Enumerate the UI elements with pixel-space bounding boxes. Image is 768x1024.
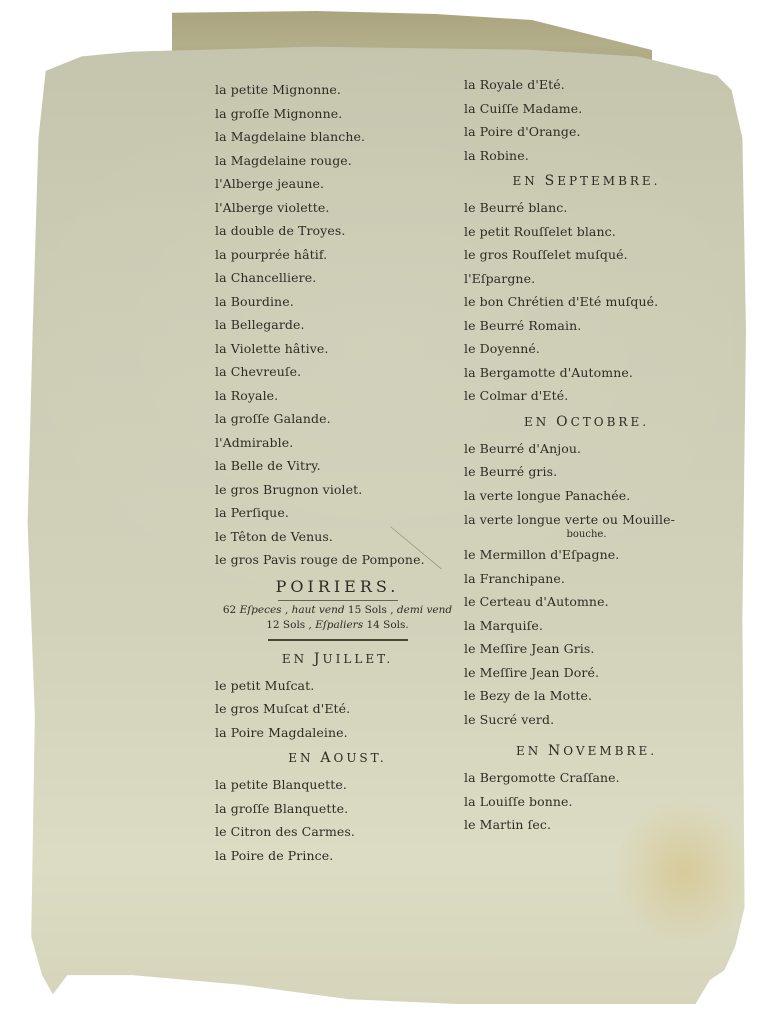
list-item: la verte longue verte ou Mouille- [464, 507, 709, 529]
list-item: la verte longue Panachée. [464, 484, 709, 508]
month-heading: EN JUILLET. [215, 647, 460, 672]
list-item: le Têton de Venus. [215, 525, 460, 549]
list-item: la Magdelaine rouge. [215, 149, 460, 173]
list-item: la Cuiſſe Madame. [464, 97, 709, 121]
section-title: POIRIERS. [215, 576, 460, 598]
list-item: la Royale d'Eté. [464, 73, 709, 97]
list-item: la Poire de Prince. [215, 844, 460, 868]
list-item: le gros Rouſſelet muſqué. [464, 243, 709, 267]
list-item: le Meſſire Jean Gris. [464, 637, 709, 661]
month-prefix: EN [524, 415, 549, 429]
month-heading: EN AOUST. [215, 746, 460, 771]
list-item: la petite Blanquette. [215, 773, 460, 797]
list-item: le Certeau d'Automne. [464, 590, 709, 614]
month-rest: EPTEMBRE. [557, 174, 660, 188]
list-item: l'Alberge jeaune. [215, 172, 460, 196]
list-item: la Bourdine. [215, 290, 460, 314]
list-item: le Beurré blanc. [464, 196, 709, 220]
price-value: 14 Sols. [366, 619, 408, 631]
list-item: la Marquiſe. [464, 614, 709, 638]
month-rest: OUST. [333, 751, 386, 765]
divider [268, 639, 408, 641]
month-septembre: EN SEPTEMBRE. le Beurré blanc. le petit … [464, 169, 709, 408]
list-item: la Violette hâtive. [215, 337, 460, 361]
list-item: le Bezy de la Motte. [464, 684, 709, 708]
price-value: 12 Sols , [266, 619, 312, 631]
month-rest: UILLET. [323, 652, 394, 666]
month-initial: O [556, 414, 570, 430]
list-item: le petit Rouſſelet blanc. [464, 220, 709, 244]
month-aoust: EN AOUST. la petite Blanquette. la groſſ… [215, 746, 460, 867]
list-item: le Beurré Romain. [464, 314, 709, 338]
month-rest: OVEMBRE. [563, 744, 657, 758]
list-item: la Poire d'Orange. [464, 120, 709, 144]
price-value: 15 Sols , [348, 604, 394, 616]
list-item: le Beurré d'Anjou. [464, 437, 709, 461]
month-novembre: EN NOVEMBRE. la Bergomotte Craſſane. la … [464, 739, 709, 837]
month-prefix: EN [288, 751, 313, 765]
list-item: le bon Chrétien d'Eté muſqué. [464, 290, 709, 314]
scanned-document: la petite Mignonne. la groſſe Mignonne. … [0, 0, 768, 1024]
list-item: la Chevreuſe. [215, 360, 460, 384]
month-initial: S [545, 173, 558, 189]
list-item: le gros Brugnon violet. [215, 478, 460, 502]
list-item-continuation: bouche. [464, 529, 709, 543]
list-item: l'Alberge violette. [215, 196, 460, 220]
list-item: la Robine. [464, 144, 709, 168]
list-item: la Poire Magdaleine. [215, 721, 460, 745]
list-item: le gros Muſcat d'Eté. [215, 697, 460, 721]
month-heading: EN SEPTEMBRE. [464, 169, 709, 194]
list-item: la Louiſſe bonne. [464, 790, 709, 814]
month-juillet: EN JUILLET. le petit Muſcat. le gros Muſ… [215, 647, 460, 745]
list-item: le petit Muſcat. [215, 674, 460, 698]
month-heading: EN NOVEMBRE. [464, 739, 709, 764]
divider [278, 600, 398, 601]
month-initial: N [548, 743, 563, 759]
list-item: la Perſique. [215, 501, 460, 525]
month-rest: CTOBRE. [571, 415, 649, 429]
right-column: la Royale d'Eté. la Cuiſſe Madame. la Po… [464, 73, 709, 837]
month-initial: A [320, 750, 333, 766]
month-initial: J [314, 651, 323, 667]
list-item: le Beurré gris. [464, 460, 709, 484]
list-item: la Bergamotte d'Automne. [464, 361, 709, 385]
list-item: le Martin ſec. [464, 813, 709, 837]
note-text: Eſpaliers [315, 619, 363, 631]
species-count: 62 [223, 604, 236, 616]
list-item: la Bergomotte Craſſane. [464, 766, 709, 790]
note-text: Eſpeces , haut vend [240, 604, 345, 616]
list-item: la Bellegarde. [215, 313, 460, 337]
list-item: le Doyenné. [464, 337, 709, 361]
list-item: le Citron des Carmes. [215, 820, 460, 844]
poiriers-section: POIRIERS. 62 Eſpeces , haut vend 15 Sols… [215, 576, 460, 641]
list-item: la groſſe Galande. [215, 407, 460, 431]
list-item: le Colmar d'Eté. [464, 384, 709, 408]
list-item: la Franchipane. [464, 567, 709, 591]
list-item: l'Admirable. [215, 431, 460, 455]
month-prefix: EN [282, 652, 307, 666]
list-item: la pourprée hâtif. [215, 243, 460, 267]
left-column: la petite Mignonne. la groſſe Mignonne. … [215, 78, 460, 867]
month-prefix: EN [516, 744, 541, 758]
month-heading: EN OCTOBRE. [464, 410, 709, 435]
list-item: la Belle de Vitry. [215, 454, 460, 478]
list-item: la groſſe Mignonne. [215, 102, 460, 126]
list-item: le Sucré verd. [464, 708, 709, 732]
list-item: l'Eſpargne. [464, 267, 709, 291]
list-item: la petite Mignonne. [215, 78, 460, 102]
list-item: la Royale. [215, 384, 460, 408]
month-prefix: EN [513, 174, 538, 188]
list-item: la Magdelaine blanche. [215, 125, 460, 149]
list-item: le Mermillon d'Eſpagne. [464, 543, 709, 567]
note-text: demi vend [397, 604, 452, 616]
month-octobre: EN OCTOBRE. le Beurré d'Anjou. le Beurré… [464, 410, 709, 732]
list-item: le Meſſire Jean Doré. [464, 661, 709, 685]
list-item: la groſſe Blanquette. [215, 797, 460, 821]
list-item: la Chancelliere. [215, 266, 460, 290]
peach-list: la petite Mignonne. la groſſe Mignonne. … [215, 78, 460, 572]
top-list: la Royale d'Eté. la Cuiſſe Madame. la Po… [464, 73, 709, 167]
list-item: la double de Troyes. [215, 219, 460, 243]
list-item: le gros Pavis rouge de Pompone. [215, 548, 460, 572]
section-price-note: 62 Eſpeces , haut vend 15 Sols , demi ve… [215, 603, 460, 633]
